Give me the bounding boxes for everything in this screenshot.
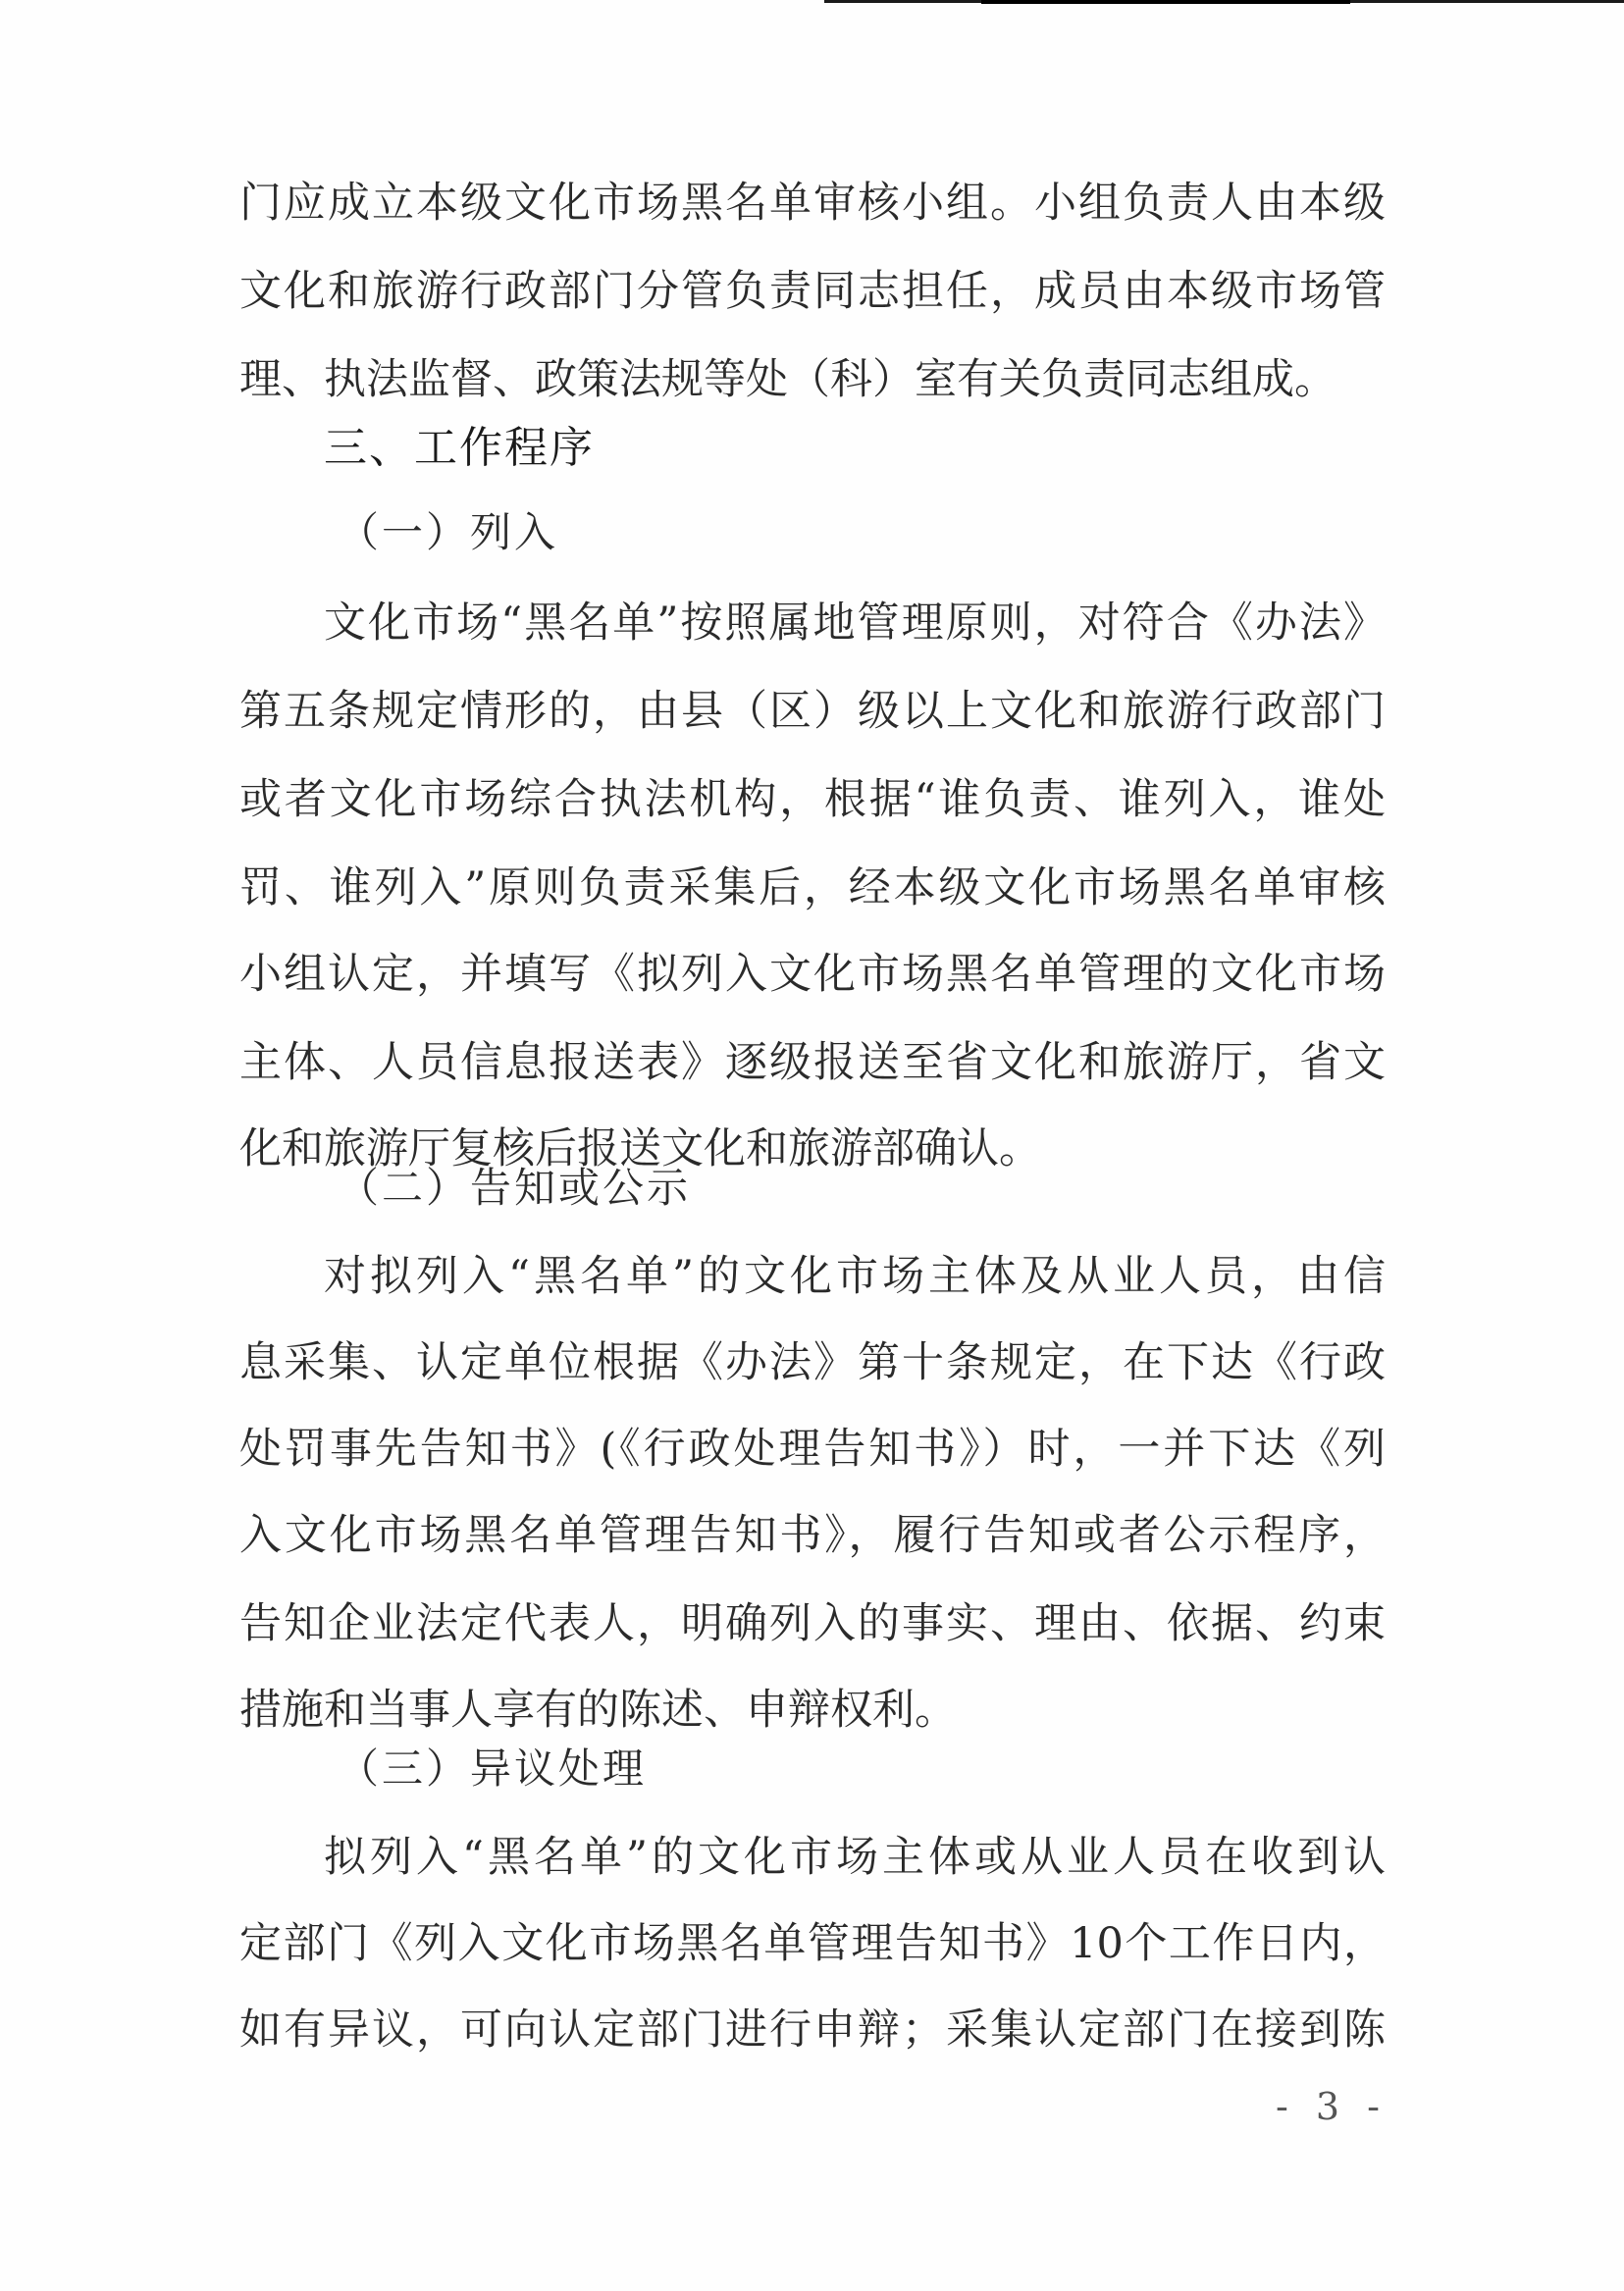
text-line: 理、执法监督、政策法规等处（科）室有关负责同志组成。 bbox=[239, 345, 1386, 414]
text-line: 主体、人员信息报送表》逐级报送至省文化和旅游厅，省文 bbox=[239, 1028, 1386, 1097]
text-line: 处罚事先告知书》(《行政处理告知书》）时，一并下达《列 bbox=[239, 1415, 1386, 1484]
text-line: 如有异议，可向认定部门进行申辩；采集认定部门在接到陈 bbox=[239, 1996, 1386, 2064]
text-line: 对拟列入“黑名单”的文化市场主体及从业人员，由信 bbox=[239, 1242, 1386, 1311]
text-line: 门应成立本级文化市场黑名单审核小组。小组负责人由本级 bbox=[239, 169, 1386, 237]
section-heading: 三、工作程序 bbox=[324, 414, 595, 483]
text-line: 息采集、认定单位根据《办法》第十条规定，在下达《行政 bbox=[239, 1328, 1386, 1397]
scan-edge-line-dark bbox=[981, 0, 1350, 4]
text-line: 拟列入“黑名单”的文化市场主体或从业人员在收到认 bbox=[239, 1823, 1386, 1892]
text-line: 第五条规定情形的，由县（区）级以上文化和旅游行政部门 bbox=[239, 677, 1386, 746]
text-line: 定部门《列入文化市场黑名单管理告知书》10个工作日内， bbox=[239, 1909, 1386, 1978]
text-line: 罚、谁列入”原则负责采集后，经本级文化市场黑名单审核 bbox=[239, 854, 1386, 922]
page-number: - 3 - bbox=[1276, 2085, 1388, 2128]
text-line: 小组认定，并填写《拟列入文化市场黑名单管理的文化市场 bbox=[239, 940, 1386, 1009]
text-line: 告知企业法定代表人，明确列入的事实、理由、依据、约束 bbox=[239, 1589, 1386, 1658]
text-line: 或者文化市场综合执法机构，根据“谁负责、谁列入，谁处 bbox=[239, 765, 1386, 834]
subsection-title: （三）异议处理 bbox=[338, 1735, 647, 1803]
subsection-title: （二）告知或公示 bbox=[338, 1154, 691, 1223]
subsection-title: （一）列入 bbox=[338, 498, 558, 567]
text-line: 文化市场“黑名单”按照属地管理原则，对符合《办法》 bbox=[239, 589, 1386, 657]
text-line: 入文化市场黑名单管理告知书》，履行告知或者公示程序， bbox=[239, 1501, 1386, 1570]
text-line: 文化和旅游行政部门分管负责同志担任，成员由本级市场管 bbox=[239, 257, 1386, 326]
